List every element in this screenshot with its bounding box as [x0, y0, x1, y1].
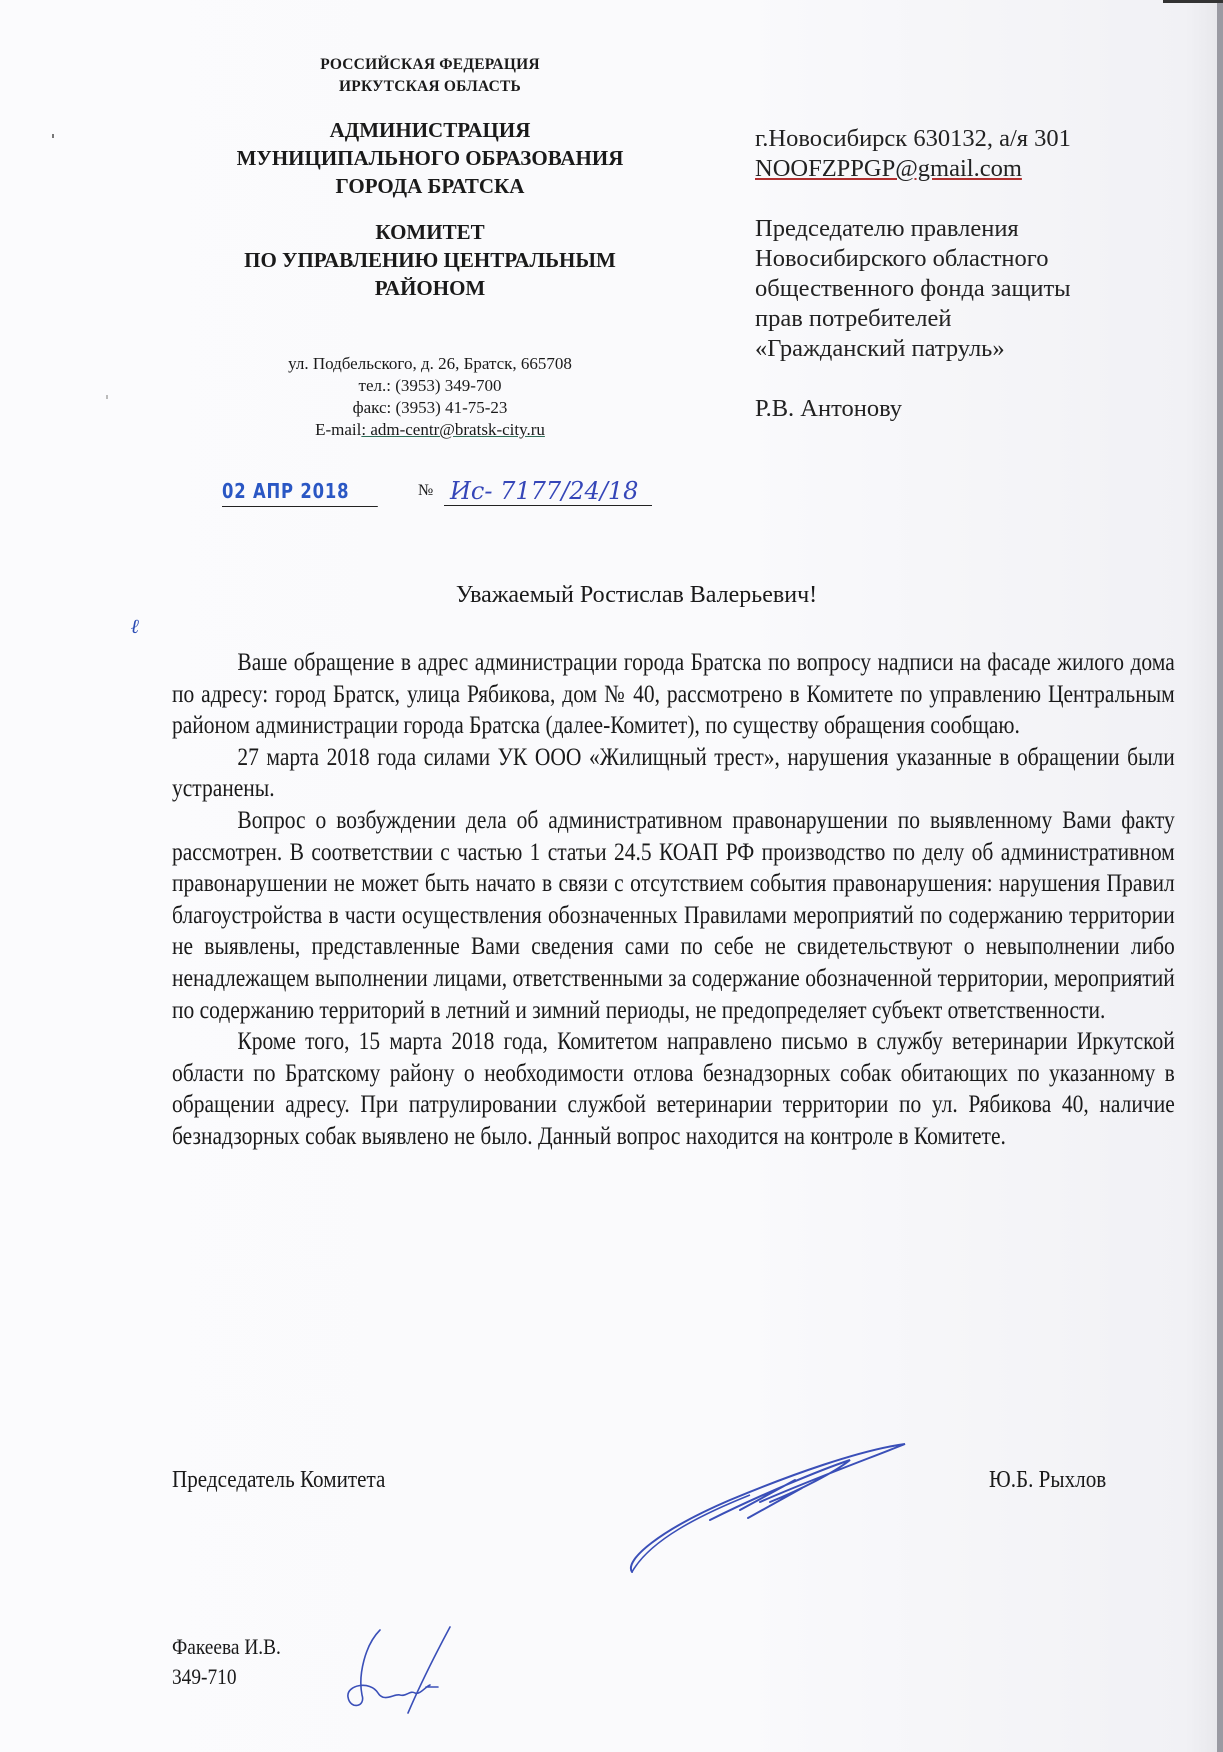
- letter-page: РОССИЙСКАЯ ФЕДЕРАЦИЯ ИРКУТСКАЯ ОБЛАСТЬ А…: [0, 0, 1223, 1752]
- letterhead-fax: факс: (3953) 41-75-23: [190, 397, 670, 419]
- recipient-line: общественного фонда защиты: [755, 274, 1175, 304]
- scan-speck: [106, 395, 108, 399]
- recipient-line: «Гражданский патруль»: [755, 334, 1175, 364]
- letterhead-phone: тел.: (3953) 349-700: [190, 375, 670, 397]
- letterhead-committee: КОМИТЕТ ПО УПРАВЛЕНИЮ ЦЕНТРАЛЬНЫМ РАЙОНО…: [190, 218, 670, 302]
- registration-number: Ис- 7177/24/18: [444, 476, 652, 506]
- recipient-name: Р.В. Антонову: [755, 394, 1175, 424]
- addressee-postal-address: г.Новосибирск 630132, а/я 301: [755, 124, 1175, 154]
- letterhead-email: E-mail: adm-centr@bratsk-city.ru: [190, 419, 670, 441]
- letterhead-email-link[interactable]: : adm-centr@bratsk-city.ru: [361, 420, 545, 439]
- executor-info: Факеева И.В. 349-710: [172, 1632, 281, 1692]
- scan-corner-shadow: [1163, 0, 1223, 3]
- addressee-email-link[interactable]: NOOFZPPGP@gmail.com: [755, 154, 1175, 184]
- recipient-line: Председателю правления: [755, 214, 1175, 244]
- executor-name: Факеева И.В.: [172, 1632, 281, 1662]
- signatory-name: Ю.Б. Рыхлов: [989, 1467, 1106, 1494]
- executor-phone: 349-710: [172, 1662, 281, 1692]
- executor-signature-icon: [340, 1625, 470, 1715]
- scan-speck: [52, 134, 54, 138]
- signatory-title: Председатель Комитета: [172, 1467, 385, 1494]
- letterhead: РОССИЙСКАЯ ФЕДЕРАЦИЯ ИРКУТСКАЯ ОБЛАСТЬ А…: [190, 54, 670, 302]
- letterhead-region: ИРКУТСКАЯ ОБЛАСТЬ: [190, 76, 670, 98]
- recipient-line: Новосибирского областного: [755, 244, 1175, 274]
- date-stamp: 02 АПР 2018: [222, 476, 378, 507]
- letterhead-address: ул. Подбельского, д. 26, Братск, 665708: [190, 353, 670, 375]
- ink-mark-icon: ℓ: [131, 616, 140, 639]
- signature-icon: [620, 1440, 920, 1580]
- letterhead-contacts: ул. Подбельского, д. 26, Братск, 665708 …: [190, 353, 670, 441]
- letterhead-country: РОССИЙСКАЯ ФЕДЕРАЦИЯ: [190, 54, 670, 76]
- body-paragraph: 27 марта 2018 года силами УК ООО «Жилищн…: [172, 742, 1175, 805]
- salutation: Уважаемый Ростислав Валерьевич!: [0, 582, 1223, 609]
- addressee-block: г.Новосибирск 630132, а/я 301 NOOFZPPGP@…: [755, 124, 1175, 424]
- scan-edge-shadow: [1217, 0, 1223, 1752]
- body-paragraph: Кроме того, 15 марта 2018 года, Комитето…: [172, 1026, 1175, 1152]
- recipient-line: прав потребителей: [755, 304, 1175, 334]
- body-paragraph: Ваше обращение в адрес администрации гор…: [172, 647, 1175, 742]
- registration-line: 02 АПР 2018 № Ис- 7177/24/18: [222, 476, 652, 510]
- letterhead-administration: АДМИНИСТРАЦИЯ МУНИЦИПАЛЬНОГО ОБРАЗОВАНИЯ…: [190, 116, 670, 200]
- body-paragraph: Вопрос о возбуждении дела об администрат…: [172, 805, 1175, 1026]
- letter-body: Ваше обращение в адрес администрации гор…: [172, 647, 1175, 1153]
- number-sign: №: [418, 482, 433, 500]
